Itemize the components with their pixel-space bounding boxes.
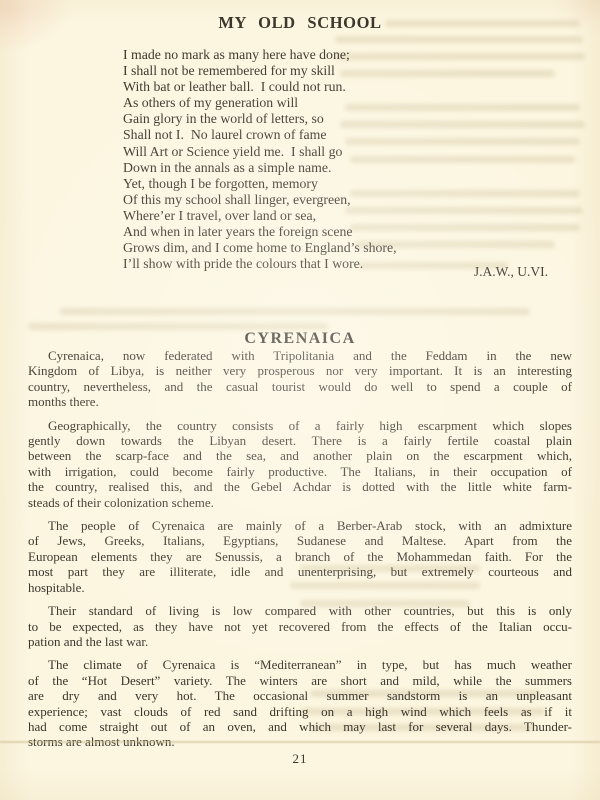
article-line: are dry and very hot. The occasional sum… xyxy=(28,688,572,703)
article-line: of the “Hot Desert” variety. The winters… xyxy=(28,673,572,688)
poem-line: Yet, though I be forgotten, memory xyxy=(123,176,533,192)
poem-line: I made no mark as many here have done; xyxy=(123,47,533,63)
scanned-magazine-page: MY OLD SCHOOL I made no mark as many her… xyxy=(0,0,600,800)
article-line: the country, realised this, and the Gebe… xyxy=(28,479,572,494)
poem-line: I shall not be remembered for my skill xyxy=(123,63,533,79)
article-line: had come straight out of an oven, and wh… xyxy=(28,719,572,734)
poem-line: Of this my school shall linger, evergree… xyxy=(123,192,533,208)
article-line: months there. xyxy=(28,394,572,409)
article-line: steads of their colonization scheme. xyxy=(28,495,572,510)
article-line: Cyrenaica, now federated with Tripolitan… xyxy=(28,348,572,363)
article-line: to be expected, as they have not yet rec… xyxy=(28,619,572,634)
poem-line: Will Art or Science yield me. I shall go xyxy=(123,144,533,160)
article-line: Kingdom of Libya, is neither very prospe… xyxy=(28,363,572,378)
article-line: European elements they are Senussis, a b… xyxy=(28,549,572,564)
article-line: hospitable. xyxy=(28,580,572,595)
article-line: The climate of Cyrenaica is “Mediterrane… xyxy=(28,657,572,672)
poem-line: And when in later years the foreign scen… xyxy=(123,224,533,240)
article-paragraph: Cyrenaica, now federated with Tripolitan… xyxy=(28,348,572,410)
article-paragraph: Geographically, the country consists of … xyxy=(28,418,572,510)
article-paragraph: The people of Cyrenaica are mainly of a … xyxy=(28,518,572,595)
bleed-through-smudge xyxy=(335,36,583,43)
poem: I made no mark as many here have done;I … xyxy=(123,47,533,272)
article-line: Their standard of living is low compared… xyxy=(28,603,572,618)
bleed-through-smudge xyxy=(28,323,328,330)
page-number: 21 xyxy=(0,751,600,767)
poem-line: With bat or leather ball. I could not ru… xyxy=(123,79,533,95)
article-line: The people of Cyrenaica are mainly of a … xyxy=(28,518,572,533)
article-paragraph: Their standard of living is low compared… xyxy=(28,603,572,649)
article-line: with irrigation, could become fairly pro… xyxy=(28,464,572,479)
article-line: Geographically, the country consists of … xyxy=(28,418,572,433)
poem-line: Down in the annals as a simple name. xyxy=(123,160,533,176)
article-body: Cyrenaica, now federated with Tripolitan… xyxy=(28,348,572,758)
bleed-through-smudge xyxy=(60,308,530,315)
article-line: country, nevertheless, and the casual to… xyxy=(28,379,572,394)
poem-title: MY OLD SCHOOL xyxy=(0,13,600,33)
article-line: pation and the last war. xyxy=(28,634,572,649)
article-line: between the scarp-face and the sea, and … xyxy=(28,448,572,463)
scan-fold-line xyxy=(0,741,600,743)
poem-line: As others of my generation will xyxy=(123,95,533,111)
poem-line: Grows dim, and I come home to England’s … xyxy=(123,240,533,256)
poem-line: Gain glory in the world of letters, so xyxy=(123,111,533,127)
poem-line: Where’er I travel, over land or sea, xyxy=(123,208,533,224)
article-paragraph: The climate of Cyrenaica is “Mediterrane… xyxy=(28,657,572,749)
article-line: most part they are illiterate, idle and … xyxy=(28,564,572,579)
poem-line: Shall not I. No laurel crown of fame xyxy=(123,127,533,143)
article-line: of Jews, Greeks, Italians, Egyptians, Su… xyxy=(28,533,572,548)
poem-author-signature: J.A.W., U.VI. xyxy=(123,264,548,280)
article-line: gently down towards the Libyan desert. T… xyxy=(28,433,572,448)
article-line: experience; vast clouds of red sand drif… xyxy=(28,704,572,719)
article-title: CYRENAICA xyxy=(0,330,600,348)
